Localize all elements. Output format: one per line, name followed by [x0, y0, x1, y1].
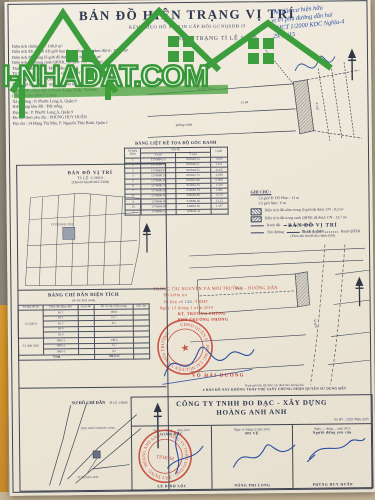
coord-cell: 610640.34: [176, 209, 211, 215]
hatch-swatch-icon: [251, 208, 262, 215]
legend-hatch-2: Diện tích đất trong ranh QHXK đã được CN…: [265, 215, 347, 222]
handwritten-number: 120: [185, 299, 192, 304]
ref-number-handwritten: 2928: [346, 417, 353, 421]
watermark-site-text: I-NHADAT.COM: [2, 60, 208, 94]
legend-heading: GHI CHÚ :: [250, 189, 271, 194]
signature-role: ĐO VẼ: [212, 431, 291, 436]
signature-department: [160, 335, 257, 390]
north-arrow-map500: [355, 278, 363, 306]
photo-of-document: BẢN ĐỒ HIỆN TRẠNG VỊ TRÍ KÈM THEO HỒ SƠ …: [0, 0, 375, 500]
hatch2-swatch-icon: [251, 216, 262, 223]
signature-name: PHÙNG HUY HUẤN: [293, 482, 372, 487]
drawing-ref: Số BV : 2928 /Năm 2015: [334, 417, 369, 421]
legend-hatch-row-1: Diện tích đất nằm trong lộ giới đã được …: [251, 207, 369, 215]
signature-surveyor: [231, 439, 297, 474]
legend-hatch-row-2: Diện tích đất trong ranh QHXK đã được CN…: [251, 215, 369, 223]
signature-name: NÔNG PHI LONG: [213, 482, 292, 487]
legend-hatch-1: Diện tích đất nằm trong lộ giới đã được …: [265, 208, 344, 215]
legend-line-2: Lộ giới hẻm : 6 m: [259, 201, 369, 208]
background-surface-orange: [0, 305, 8, 500]
map500-title-block: BẢN ĐỒ VỊ TRÍ Tỉ lệ 1/500 (Theo nền bản …: [259, 222, 367, 238]
signature-requester: [305, 434, 367, 465]
coord-cell: [211, 209, 228, 214]
left-column-box: [16, 163, 169, 492]
